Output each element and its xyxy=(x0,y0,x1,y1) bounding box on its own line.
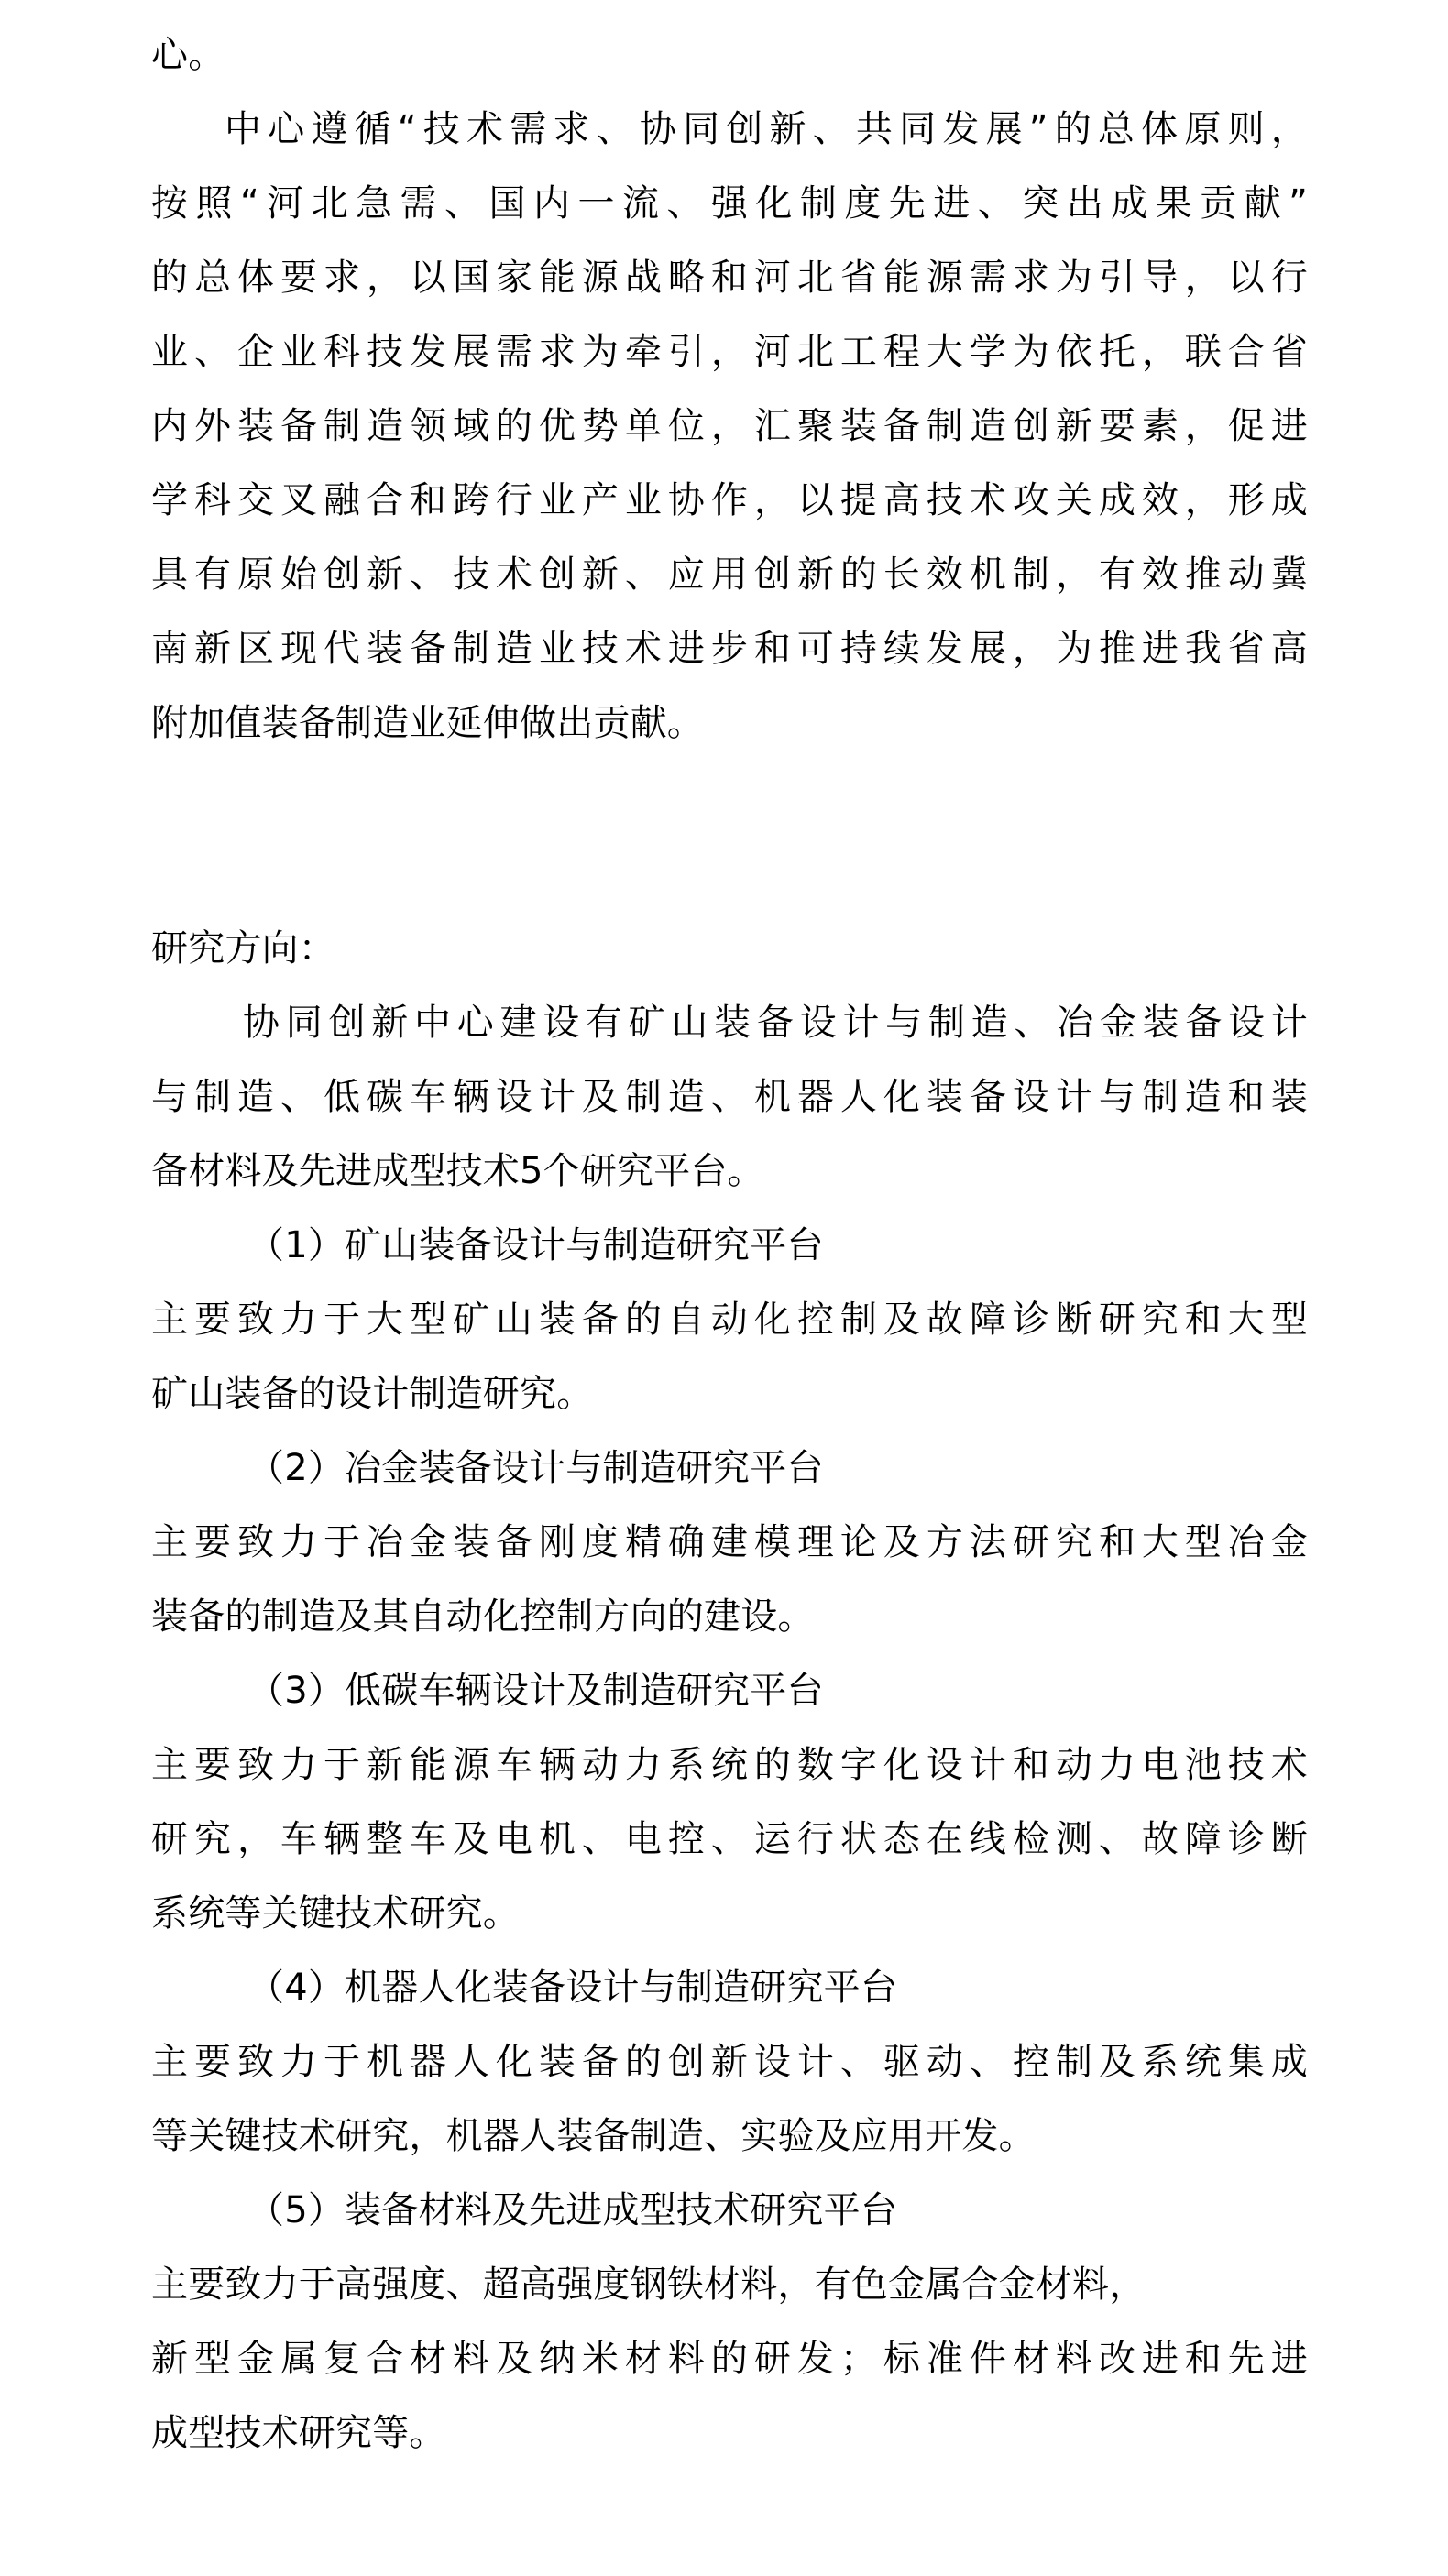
intro-tail-line: 心。 xyxy=(151,18,225,93)
paragraph-line: 附加值装备制造业延伸做出贡献。 xyxy=(151,686,704,761)
platform-description-line: 研究，车辆整车及电机、电控、运行状态在线检测、故障诊断 xyxy=(151,1803,1308,1877)
paragraph-line: 中心遵循“技术需求、协同创新、共同发展”的总体原则， xyxy=(225,93,1308,167)
paragraph-line: 学科交叉融合和跨行业产业协作，以提高技术攻关成效，形成 xyxy=(151,464,1308,538)
platform-description-line: 系统等关键技术研究。 xyxy=(151,1877,520,1951)
platform-title: （3）低碳车辆设计及制造研究平台 xyxy=(247,1654,824,1728)
paragraph-line: 协同创新中心建设有矿山装备设计与制造、冶金装备设计 xyxy=(243,986,1308,1060)
platform-description-line: 矿山装备的设计制造研究。 xyxy=(151,1357,593,1431)
platform-title: （4）机器人化装备设计与制造研究平台 xyxy=(247,1951,897,2025)
platform-title: （1）矿山装备设计与制造研究平台 xyxy=(247,1209,824,1283)
platform-description-line: 装备的制造及其自动化控制方向的建设。 xyxy=(151,1580,815,1654)
section-heading-research-direction: 研究方向： xyxy=(151,912,335,986)
platform-description-line: 等关键技术研究，机器人装备制造、实验及应用开发。 xyxy=(151,2099,1036,2174)
platform-description-line: 主要致力于新能源车辆动力系统的数字化设计和动力电池技术 xyxy=(151,1728,1308,1803)
platform-title: （5）装备材料及先进成型技术研究平台 xyxy=(247,2174,897,2248)
paragraph-line: 业、企业科技发展需求为牵引，河北工程大学为依托，联合省 xyxy=(151,315,1308,389)
platform-title: （2）冶金装备设计与制造研究平台 xyxy=(247,1431,824,1506)
platform-description-line: 主要致力于大型矿山装备的自动化控制及故障诊断研究和大型 xyxy=(151,1283,1308,1357)
paragraph-line: 的总体要求，以国家能源战略和河北省能源需求为引导，以行 xyxy=(151,241,1308,315)
platform-description-line: 主要致力于冶金装备刚度精确建模理论及方法研究和大型冶金 xyxy=(151,1506,1308,1580)
platform-description-line: 主要致力于高强度、超高强度钢铁材料，有色金属合金材料， xyxy=(151,2248,1146,2322)
platform-description-line: 主要致力于机器人化装备的创新设计、驱动、控制及系统集成 xyxy=(151,2025,1308,2099)
paragraph-line: 备材料及先进成型技术5个研究平台。 xyxy=(151,1135,764,1209)
paragraph-line: 内外装备制造领域的优势单位，汇聚装备制造创新要素，促进 xyxy=(151,389,1308,464)
paragraph-line: 南新区现代装备制造业技术进步和可持续发展，为推进我省高 xyxy=(151,612,1308,686)
paragraph-line: 按照“河北急需、国内一流、强化制度先进、突出成果贡献” xyxy=(151,167,1308,241)
paragraph-line: 具有原始创新、技术创新、应用创新的长效机制，有效推动冀 xyxy=(151,538,1308,612)
paragraph-line: 与制造、低碳车辆设计及制造、机器人化装备设计与制造和装 xyxy=(151,1060,1308,1135)
platform-description-line: 新型金属复合材料及纳米材料的研发；标准件材料改进和先进 xyxy=(151,2322,1308,2396)
platform-description-line: 成型技术研究等。 xyxy=(151,2396,446,2471)
